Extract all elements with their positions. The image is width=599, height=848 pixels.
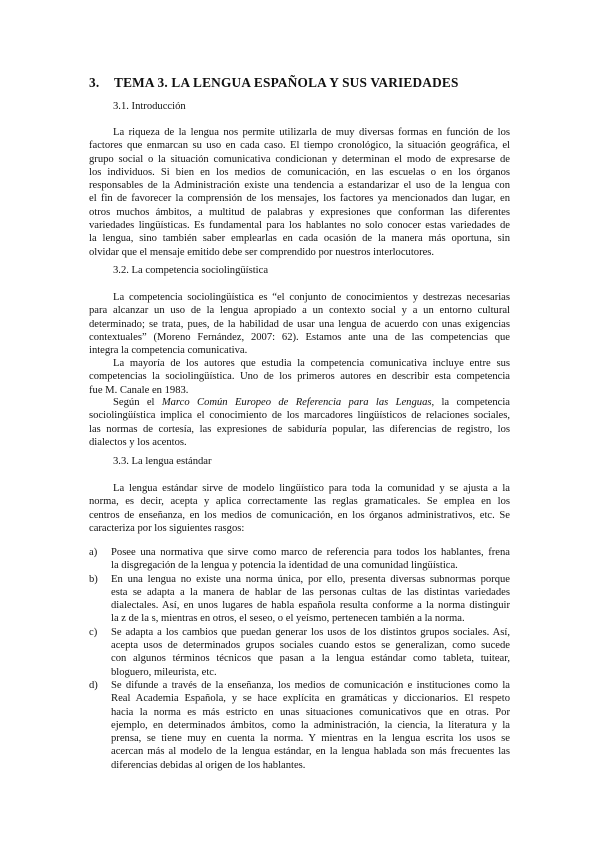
paragraph-lengua-estandar: La lengua estándar sirve de modelo lingü…: [89, 482, 510, 535]
text-line: las normas de cortesía, las expresiones …: [89, 423, 510, 436]
text-line: la z de la s, mientras en otros, el sese…: [111, 612, 510, 625]
text-line: Se difunde a través de la enseñanza, los…: [111, 679, 510, 692]
text-line: factores que enmarcan su uso en cada cas…: [89, 139, 510, 152]
section-heading-lengua-estandar: 3.3. La lengua estándar: [113, 456, 212, 467]
text-line: acercan más al modelo de la lengua están…: [111, 745, 510, 758]
text-line: acepta usos de determinados grupos socia…: [111, 639, 510, 652]
list-item-a: a) Posee una normativa que sirve como ma…: [89, 546, 510, 573]
text-line: determinado; se trata, pues, de la habil…: [89, 318, 510, 331]
text-line: norma, es decir, acepta y aplica correct…: [89, 495, 510, 508]
text-line: centros de enseñanza, en los medios de c…: [89, 509, 510, 522]
text-fragment: Según el: [113, 397, 162, 408]
list-marker: c): [89, 626, 109, 639]
text-line: prensa, se tiene muy en cuenta la norma.…: [111, 732, 510, 745]
text-fragment: , la competencia: [432, 397, 511, 408]
document-page: 3.TEMA 3. LA LENGUA ESPAÑOLA Y SUS VARIE…: [0, 0, 599, 848]
features-list: a) Posee una normativa que sirve como ma…: [89, 546, 510, 772]
text-line: ejemplo, en determinados ámbitos, como l…: [111, 719, 510, 732]
text-line: bloguero, mileurista, etc.: [111, 666, 510, 679]
text-line: En una lengua no existe una norma única,…: [111, 573, 510, 586]
text-line: hacia la norma es más estricto en unas s…: [111, 706, 510, 719]
text-line: integra la competencia comunicativa.: [89, 344, 510, 357]
text-line: responsables de la Administración existe…: [89, 179, 510, 192]
section-heading-competencia: 3.2. La competencia sociolingüística: [113, 265, 268, 276]
text-line: contextuales” (Moreno Fernández, 2007: 6…: [89, 331, 510, 344]
paragraph-competencia-1: La competencia sociolingüística es “el c…: [89, 291, 510, 357]
text-line: olvidar que el mensaje emitido debe ser …: [89, 246, 510, 259]
list-item-c: c) Se adapta a los cambios que puedan ge…: [89, 626, 510, 679]
chapter-title: 3.TEMA 3. LA LENGUA ESPAÑOLA Y SUS VARIE…: [89, 75, 459, 91]
text-line: dialectos y los acentos.: [89, 436, 510, 449]
text-line: Según el Marco Común Europeo de Referenc…: [89, 396, 510, 409]
text-line: fue M. Canale en 1983.: [89, 384, 510, 397]
text-line: dialectales. Así, en unos lugares de hab…: [111, 599, 510, 612]
list-marker: d): [89, 679, 109, 692]
chapter-number: 3.: [89, 75, 114, 91]
text-line: Se adapta a los cambios que puedan gener…: [111, 626, 510, 639]
text-line: caracteriza por los siguientes rasgos:: [89, 522, 510, 535]
text-line: La competencia sociolingüística es “el c…: [89, 291, 510, 304]
text-line: sociolingüística implica el conocimiento…: [89, 409, 510, 422]
paragraph-competencia-2: La mayoría de los autores que estudia la…: [89, 357, 510, 397]
paragraph-competencia-3: Según el Marco Común Europeo de Referenc…: [89, 396, 510, 449]
list-item-b: b) En una lengua no existe una norma úni…: [89, 573, 510, 626]
list-marker: b): [89, 573, 109, 586]
section-heading-introduccion: 3.1. Introducción: [113, 101, 186, 112]
text-line: La riqueza de la lengua nos permite util…: [89, 126, 510, 139]
text-line: La mayoría de los autores que estudia la…: [89, 357, 510, 370]
text-line: la lengua, sino también saber emplearlas…: [89, 232, 510, 245]
list-marker: a): [89, 546, 109, 559]
text-line: La lengua estándar sirve de modelo lingü…: [89, 482, 510, 495]
text-line: para alcanzar un uso de la lengua apropi…: [89, 304, 510, 317]
italic-title-reference: Marco Común Europeo de Referencia para l…: [162, 397, 432, 408]
text-line: variedades lingüísticas. Es fundamental …: [89, 219, 510, 232]
list-item-d: d) Se difunde a través de la enseñanza, …: [89, 679, 510, 772]
text-line: el fin de favorecer la comprensión de lo…: [89, 192, 510, 205]
text-line: Real Academia Española, y se hace explíc…: [111, 692, 510, 705]
text-line: la disgregación de la lengua y potencia …: [111, 559, 510, 572]
text-line: grupo social o la situación comunicativa…: [89, 153, 510, 166]
text-line: competencias la sociolingüística. Uno de…: [89, 370, 510, 383]
paragraph-introduccion: La riqueza de la lengua nos permite util…: [89, 126, 510, 259]
chapter-title-text: TEMA 3. LA LENGUA ESPAÑOLA Y SUS VARIEDA…: [114, 75, 459, 90]
text-line: con algunos términos técnicos que pasan …: [111, 652, 510, 665]
text-line: esta se adapta a la manera de hablar de …: [111, 586, 510, 599]
text-line: los individuos. Si bien en los medios de…: [89, 166, 510, 179]
text-line: Posee una normativa que sirve como marco…: [111, 546, 510, 559]
text-line: diferencias debidas al origen de los hab…: [111, 759, 510, 772]
text-line: otros muchos ámbitos, a multitud de pala…: [89, 206, 510, 219]
